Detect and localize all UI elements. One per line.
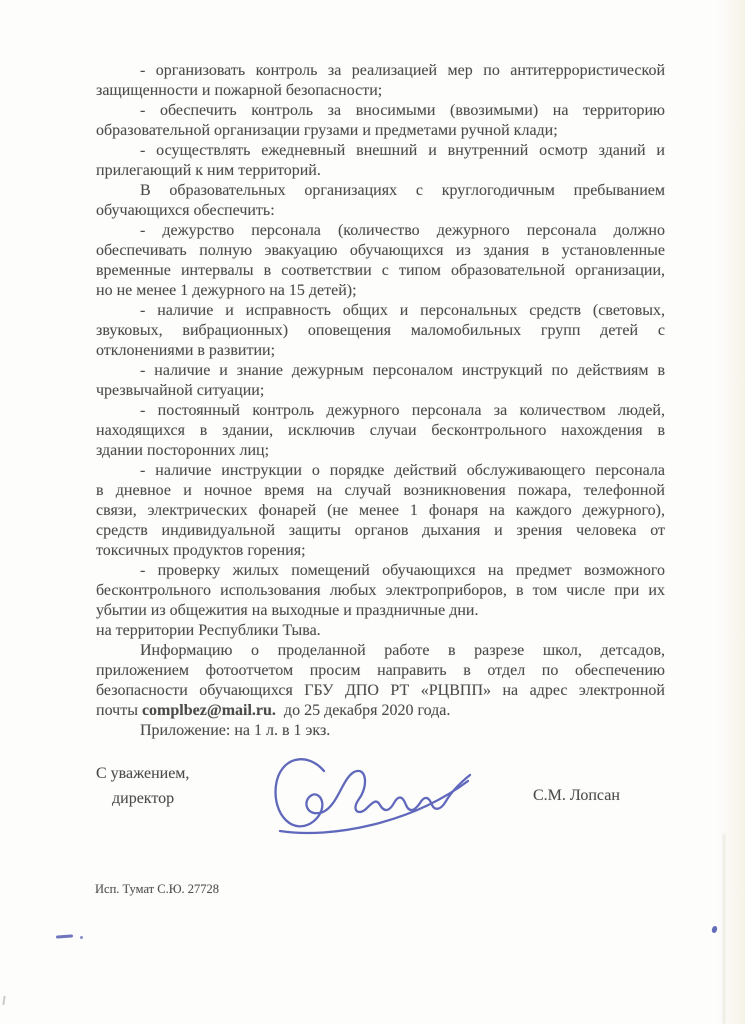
text-line: связи, электрических фонарей (не менее 1… <box>96 501 665 521</box>
signature-ink <box>262 740 482 852</box>
text-line: - наличие и знание дежурным персоналом и… <box>96 361 665 381</box>
text-line: - осуществлять ежедневный внешний и внут… <box>96 141 665 161</box>
executor-note: Исп. Тумат С.Ю. 27728 <box>95 879 219 899</box>
text-line: обеспечивать полную эвакуацию обучающихс… <box>96 241 665 261</box>
stray-ink-dash <box>56 934 73 938</box>
text-line: бесконтрольного использования любых элек… <box>96 581 665 601</box>
text-line: средств индивидуальной защиты органов ды… <box>96 521 665 541</box>
text-line: защищенности и пожарной безопасности; <box>96 81 665 101</box>
text-line: - обеспечить контроль за вносимыми (ввоз… <box>96 101 665 121</box>
text-line: но не менее 1 дежурного на 15 детей); <box>96 281 665 301</box>
stray-ink-dot <box>80 936 83 939</box>
text-line: убытии из общежития на выходные и праздн… <box>96 601 665 621</box>
text-line: - наличие и исправность общих и персонал… <box>96 301 665 321</box>
text-line: чрезвычайной ситуации; <box>96 381 665 401</box>
email-address-bold: complbez@mail.ru. <box>142 702 276 719</box>
scanned-letter-page: - организовать контроль за реализацией м… <box>0 0 745 1024</box>
signer-title: директор <box>112 789 174 809</box>
text-segment: до 25 декабря 2020 года. <box>276 702 450 719</box>
text-line: - организовать контроль за реализацией м… <box>96 61 665 81</box>
text-line: - дежурство персонала (количество дежурн… <box>96 221 665 241</box>
text-line: отклонениями в развитии; <box>96 341 665 361</box>
text-line: временные интервалы в соответствии с тип… <box>96 261 665 281</box>
text-line: находящихся в здании, исключив случаи бе… <box>96 421 665 441</box>
scan-corner-speck <box>2 996 5 1005</box>
text-line: звуковых, вибрационных) оповещения малом… <box>96 321 665 341</box>
text-line: на территории Республики Тыва. <box>96 621 665 641</box>
text-line: Информацию о проделанной работе в разрез… <box>96 641 665 661</box>
document-body: - организовать контроль за реализацией м… <box>96 61 665 741</box>
text-line: - проверку жилых помещений обучающихся н… <box>96 561 665 581</box>
text-line: прилегающий к ним территорий. <box>96 161 665 181</box>
text-line: токсичных продуктов горения; <box>96 541 665 561</box>
scan-edge-shading <box>717 0 745 1024</box>
text-segment: почты <box>96 702 142 719</box>
text-line: образовательной организации грузами и пр… <box>96 121 665 141</box>
text-line: здании посторонних лиц; <box>96 441 665 461</box>
scan-edge-line <box>723 834 725 1024</box>
signer-name: С.М. Лопсан <box>533 786 620 806</box>
text-line: в дневное и ночное время на случай возни… <box>96 481 665 501</box>
text-line: приложением фотоотчетом просим направить… <box>96 661 665 681</box>
text-line: В образовательных организациях с круглог… <box>96 181 665 201</box>
text-line: - постоянный контроль дежурного персонал… <box>96 401 665 421</box>
closing-salutation: С уважением, <box>96 764 189 784</box>
text-line: безопасности обучающихся ГБУ ДПО РТ «РЦВ… <box>96 681 665 701</box>
text-line: - наличие инструкции о порядке действий … <box>96 461 665 481</box>
stray-ink-speck <box>711 925 718 933</box>
text-line: почты complbez@mail.ru. до 25 декабря 20… <box>96 701 665 721</box>
text-line: Приложение: на 1 л. в 1 экз. <box>96 721 665 741</box>
text-line: обучающихся обеспечить: <box>96 201 665 221</box>
